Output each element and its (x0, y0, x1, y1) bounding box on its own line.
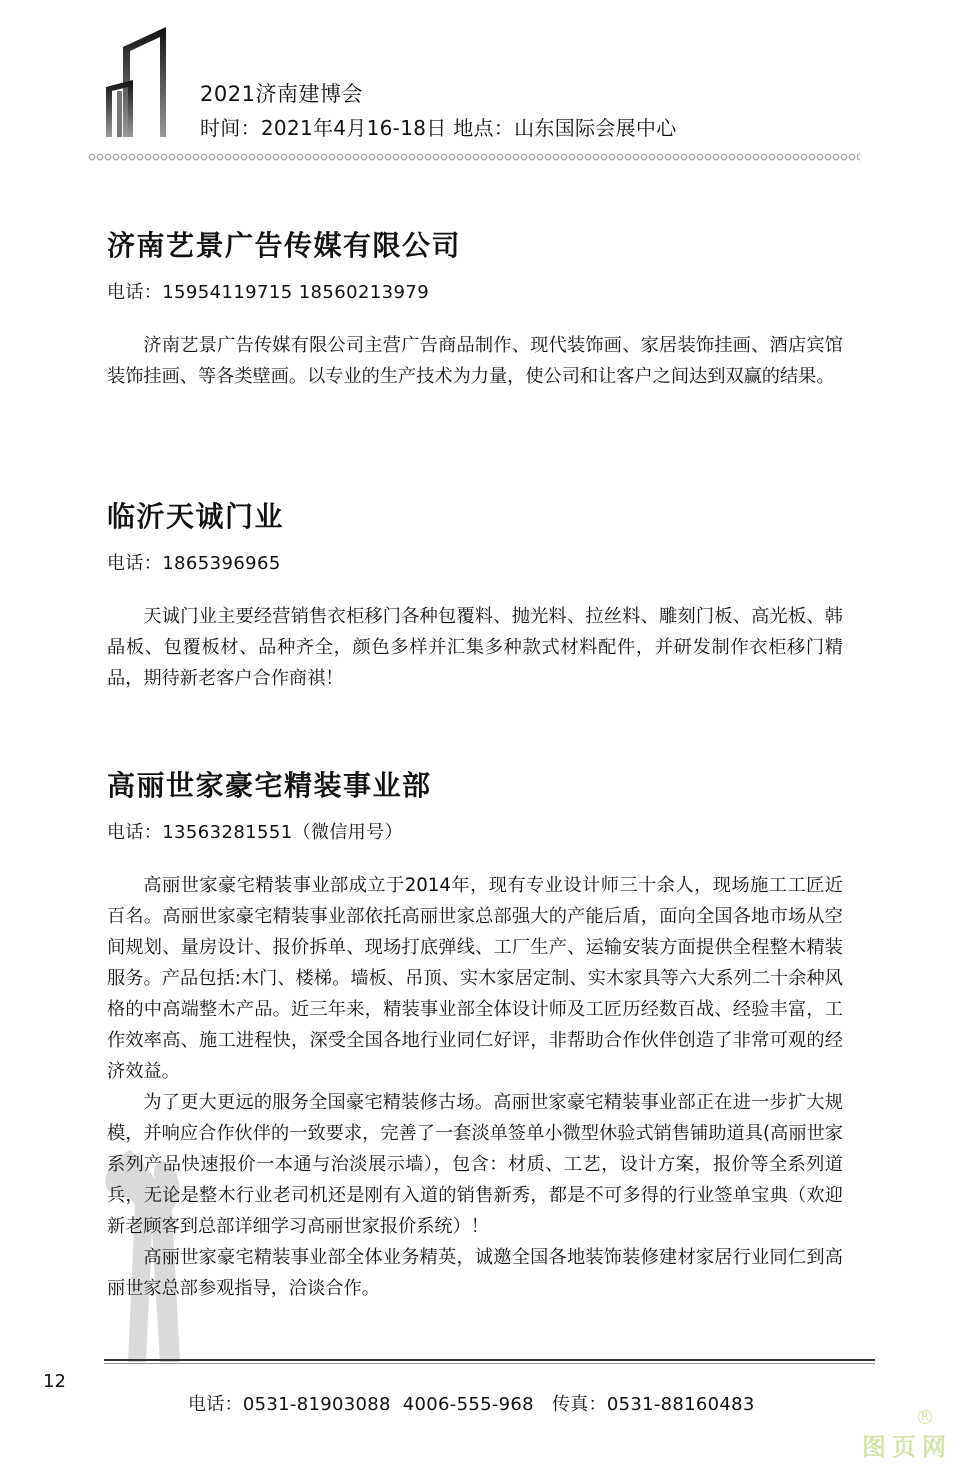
company-phone: 电话：13563281551（微信用号） (107, 818, 843, 844)
company-description: 济南艺景广告传媒有限公司主营广告商品制作、现代装饰画、家居装饰挂画、酒店宾馆装饰… (107, 330, 843, 392)
company-name: 高丽世家豪宅精装事业部 (107, 768, 843, 804)
page-number: 12 (43, 1371, 66, 1392)
expo-title: 2021济南建博会 (200, 78, 363, 108)
description-paragraph: 天诚门业主要经营销售衣柜移门各种包覆料、抛光料、拉丝料、雕刻门板、高光板、韩晶板… (107, 601, 843, 694)
watermark: 图页网 (862, 1427, 952, 1462)
company-phone: 电话：15954119715 18560213979 (107, 278, 843, 304)
company-name: 临沂天诚门业 (107, 499, 843, 535)
description-paragraph: 高丽世家豪宅精装事业部全体业务精英，诚邀全国各地装饰装修建材家居行业同仁到高丽世… (107, 1242, 843, 1304)
registered-mark-icon: R (918, 1410, 932, 1424)
expo-time-location: 时间：2021年4月16-18日 地点：山东国际会展中心 (200, 112, 677, 141)
footer-contact: 电话：0531-81903088 4006-555-968 传真：0531-88… (188, 1390, 755, 1416)
description-paragraph: 高丽世家豪宅精装事业部成立于2014年，现有专业设计师三十余人，现场施工工匠近百… (107, 870, 843, 1087)
building-frames-icon (103, 25, 183, 140)
company-section: 高丽世家豪宅精装事业部 电话：13563281551（微信用号） 高丽世家豪宅精… (107, 768, 843, 1304)
footer-divider-thin (104, 1363, 875, 1364)
description-paragraph: 为了更大更远的服务全国豪宅精装修古场。高丽世家豪宅精装事业部正在进一步扩大规模，… (107, 1087, 843, 1242)
description-paragraph: 济南艺景广告传媒有限公司主营广告商品制作、现代装饰画、家居装饰挂画、酒店宾馆装饰… (107, 330, 843, 392)
footer-divider (104, 1359, 875, 1361)
company-phone: 电话：1865396965 (107, 549, 843, 575)
company-description: 高丽世家豪宅精装事业部成立于2014年，现有专业设计师三十余人，现场施工工匠近百… (107, 870, 843, 1304)
company-section: 临沂天诚门业 电话：1865396965 天诚门业主要经营销售衣柜移门各种包覆料… (107, 499, 843, 694)
header-divider (88, 152, 860, 162)
company-description: 天诚门业主要经营销售衣柜移门各种包覆料、抛光料、拉丝料、雕刻门板、高光板、韩晶板… (107, 601, 843, 694)
company-name: 济南艺景广告传媒有限公司 (107, 228, 843, 264)
company-section: 济南艺景广告传媒有限公司 电话：15954119715 18560213979 … (107, 228, 843, 392)
